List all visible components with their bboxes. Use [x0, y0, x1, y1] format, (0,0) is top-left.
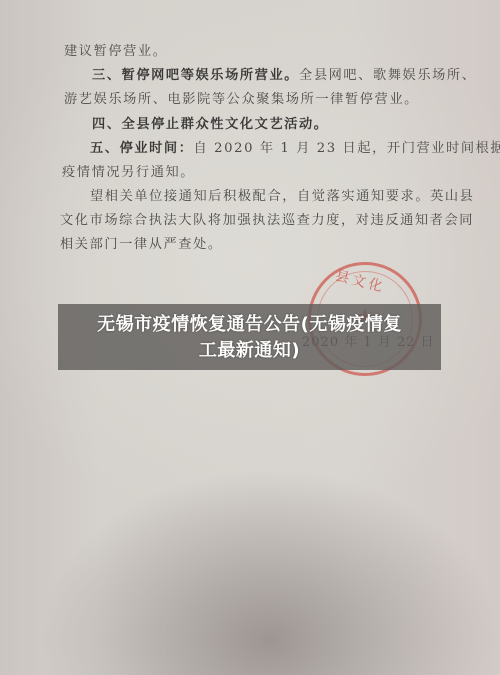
doc-line-8: 文化市场综合执法大队将加强执法巡查力度，对违反通知者会同 [60, 213, 474, 229]
overlay-title-line-2: 工最新通知) [58, 338, 441, 364]
doc-line-1: 建议暂停营业。 [64, 44, 168, 60]
overlay-title-line-1: 无锡市疫情恢复通告公告(无锡疫情复 [58, 312, 441, 338]
overlay-title: 无锡市疫情恢复通告公告(无锡疫情复 工最新通知) [58, 312, 441, 364]
doc-line-text: 自 2020 年 1 月 23 日起，开门营业时间根据 [194, 141, 500, 156]
doc-line-text: 相关部门一律从严查处。 [60, 237, 223, 252]
section-heading-3: 三、暂停网吧等娱乐场所营业。 [92, 68, 299, 83]
doc-line-text: 文化市场综合执法大队将加强执法巡查力度，对违反通知者会同 [60, 213, 474, 228]
doc-line-4: 四、全县停止群众性文化文艺活动。 [92, 117, 329, 133]
doc-line-text: 游艺娱乐场所、电影院等公众聚集场所一律暂停营业。 [64, 92, 419, 107]
title-overlay-banner: 无锡市疫情恢复通告公告(无锡疫情复 工最新通知) [58, 304, 441, 370]
doc-line-2: 三、暂停网吧等娱乐场所营业。全县网吧、歌舞娱乐场所、 [92, 68, 476, 84]
doc-line-3: 游艺娱乐场所、电影院等公众聚集场所一律暂停营业。 [64, 92, 419, 108]
doc-line-9: 相关部门一律从严查处。 [60, 237, 223, 253]
doc-line-text: 望相关单位接通知后积极配合，自觉落实通知要求。英山县 [90, 189, 474, 204]
doc-line-6: 疫情情况另行通知。 [62, 165, 195, 181]
doc-line-text: 建议暂停营业。 [64, 44, 168, 59]
doc-line-text: 全县网吧、歌舞娱乐场所、 [299, 68, 476, 83]
section-heading-4: 四、全县停止群众性文化文艺活动。 [92, 117, 329, 132]
doc-line-5: 五、停业时间：自 2020 年 1 月 23 日起，开门营业时间根据 [90, 141, 500, 157]
doc-line-text: 疫情情况另行通知。 [62, 165, 195, 180]
doc-line-7: 望相关单位接通知后积极配合，自觉落实通知要求。英山县 [90, 189, 474, 205]
section-heading-5: 五、停业时间： [90, 141, 194, 156]
